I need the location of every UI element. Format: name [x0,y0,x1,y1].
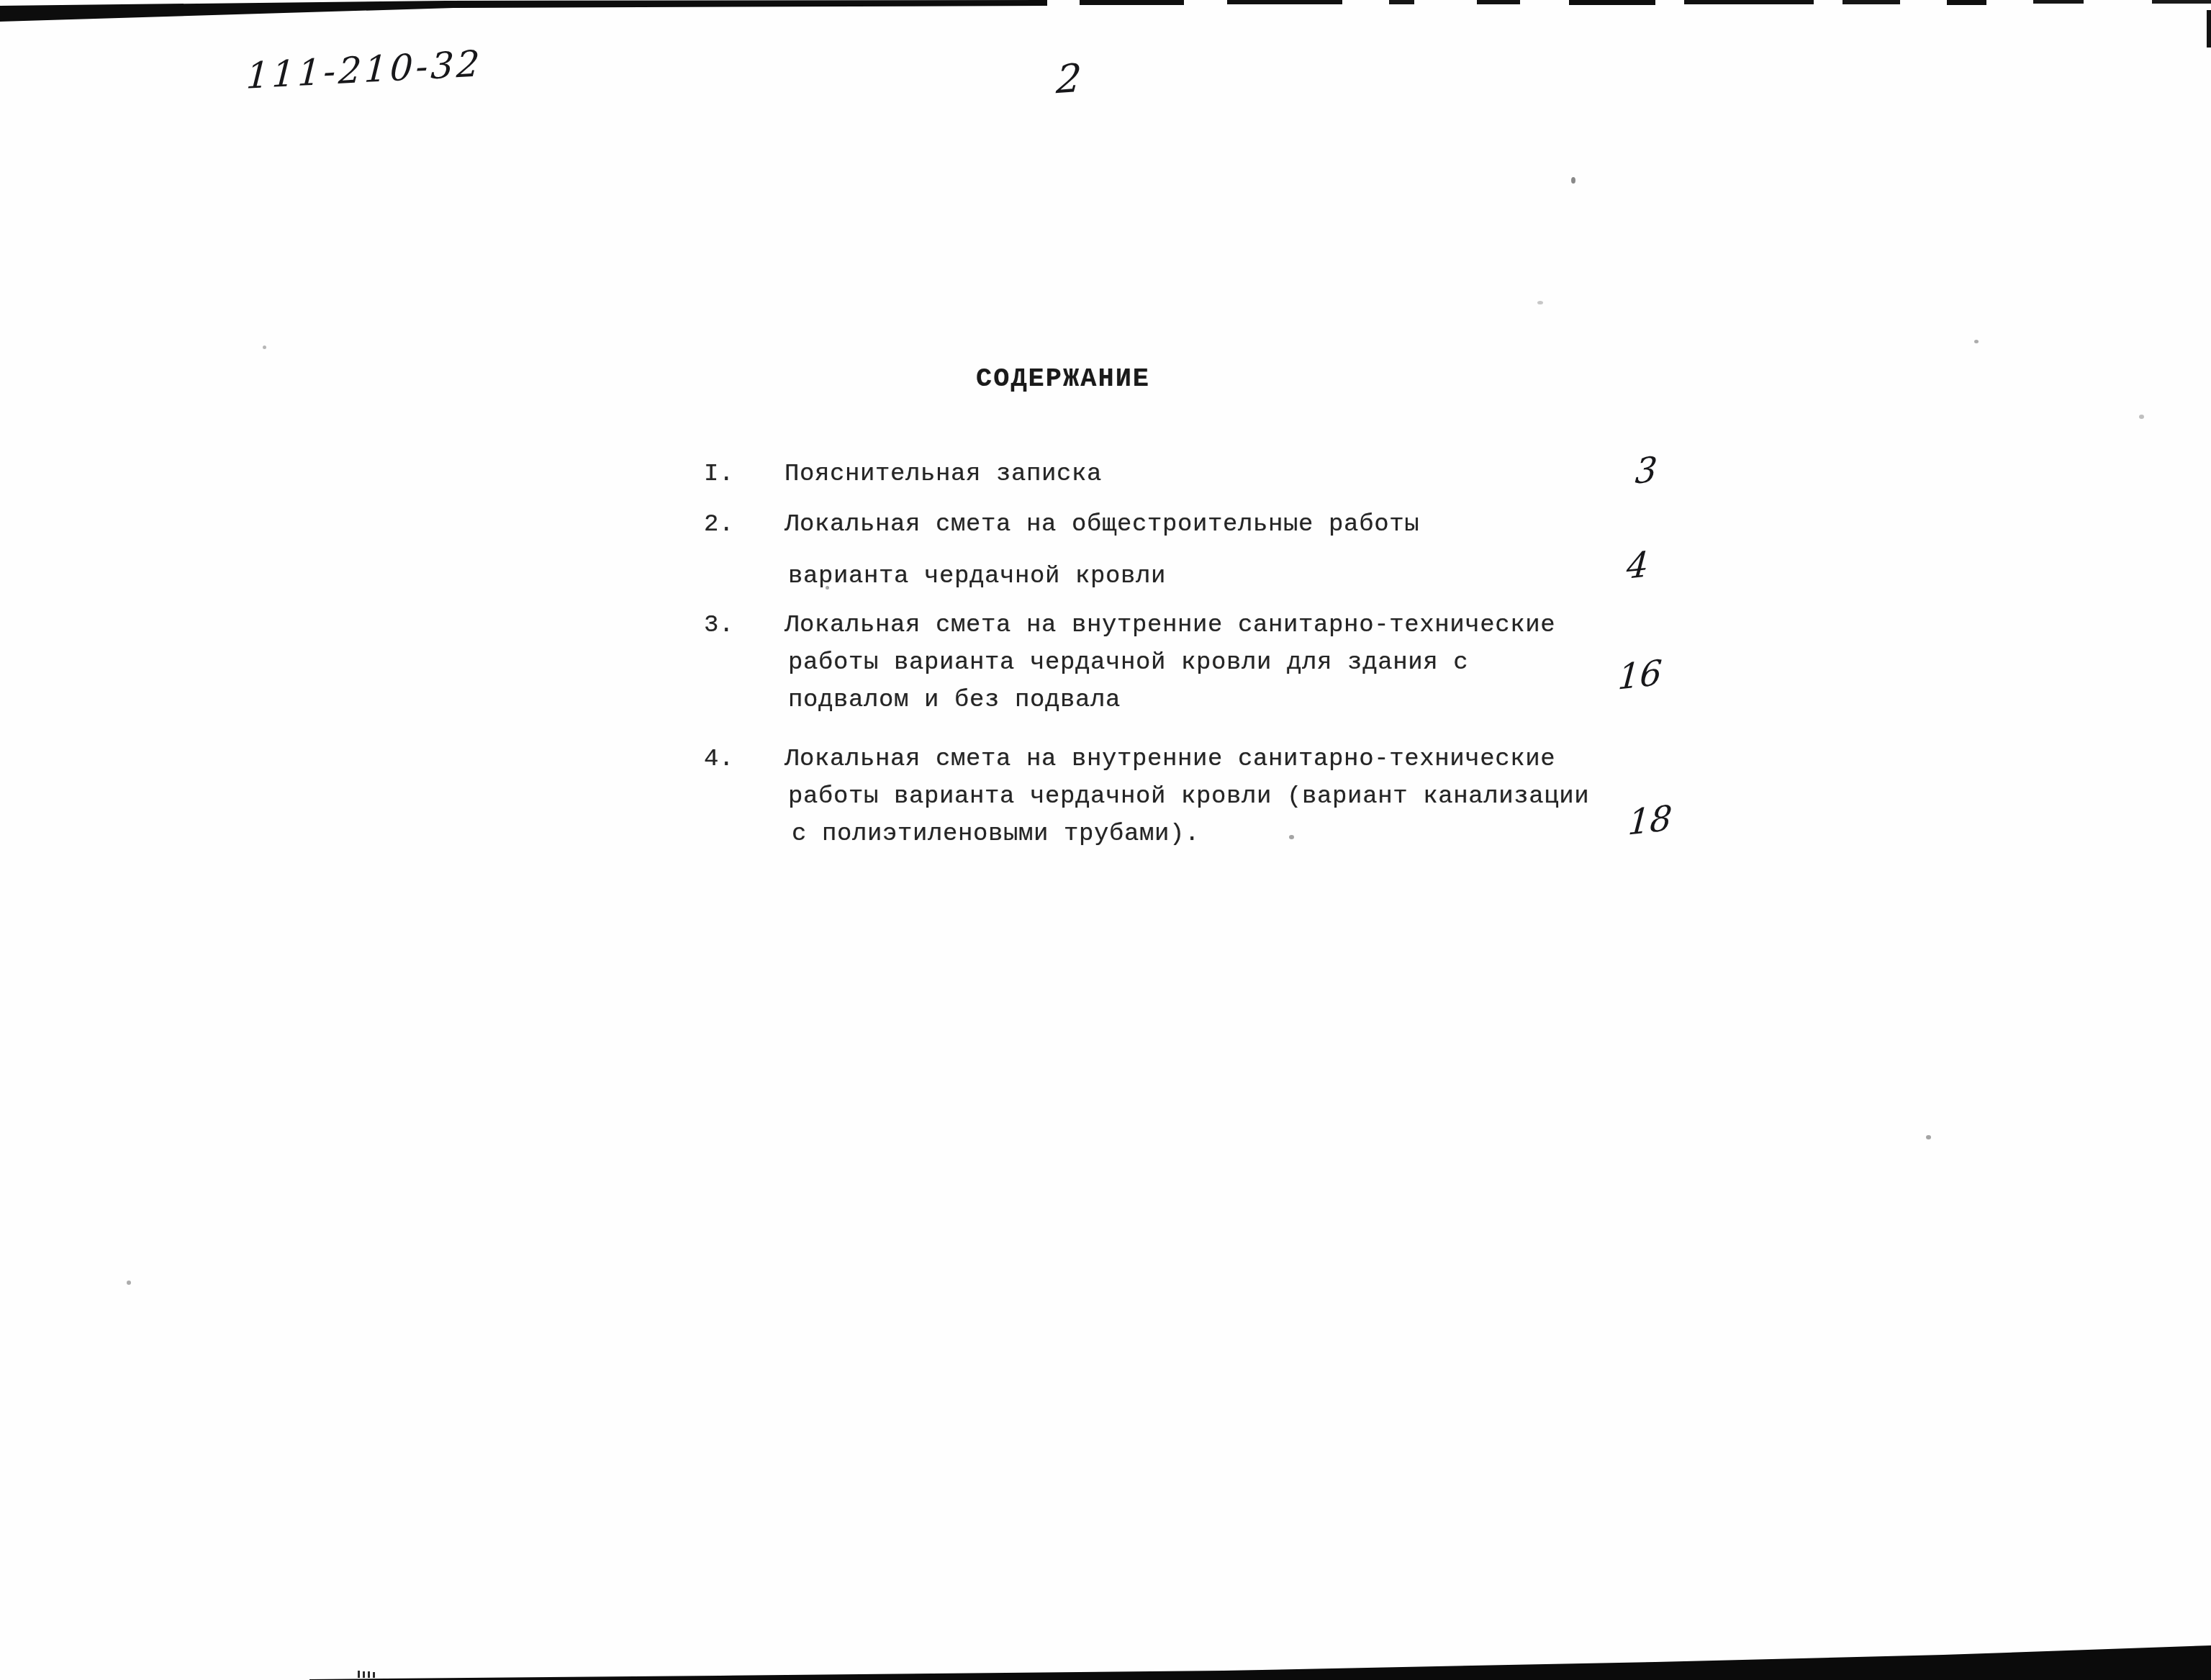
handwritten-page-number: 2 [1055,55,1083,103]
toc-title: СОДЕРЖАНИЕ [976,366,1150,393]
toc-item-text: с полиэтиленовыми трубами). [792,821,1200,848]
scan-speck [2139,415,2144,419]
toc-item-number: 2. [704,511,734,538]
toc-item-text: работы варианта чердачной кровли для зда… [788,649,1468,677]
scan-speck [263,346,266,349]
toc-item-text: Локальная смета на внутренние санитарно-… [785,612,1555,639]
toc-item-text: подвалом и без подвала [788,687,1121,714]
toc-item-text: варианта чердачной кровли [788,563,1166,590]
toc-item-page: 3 [1634,449,1658,492]
toc-item-page: 16 [1617,652,1663,697]
toc-item-page: 4 [1625,544,1650,587]
scan-speck [1974,340,1979,343]
scan-speck [1926,1135,1931,1139]
scan-speck [826,586,829,590]
scan-speck [1289,835,1294,839]
scan-speck [1571,177,1575,184]
toc-item-text: Пояснительная записка [785,461,1102,488]
scanned-document-page: 111-210-32 2 СОДЕРЖАНИЕ I. Пояснительная… [0,0,2211,1680]
toc-item-page: 18 [1627,798,1673,843]
scan-speck [127,1281,131,1285]
scan-speck [1537,301,1543,304]
toc-item-text: Локальная смета на общестроительные рабо… [785,511,1419,538]
toc-item-number: I. [704,461,734,488]
toc-item-text: работы варианта чердачной кровли (вариан… [788,783,1589,810]
toc-item-text: Локальная смета на внутренние санитарно-… [785,746,1555,773]
toc-item-number: 4. [704,746,734,773]
toc-item-number: 3. [704,612,734,639]
